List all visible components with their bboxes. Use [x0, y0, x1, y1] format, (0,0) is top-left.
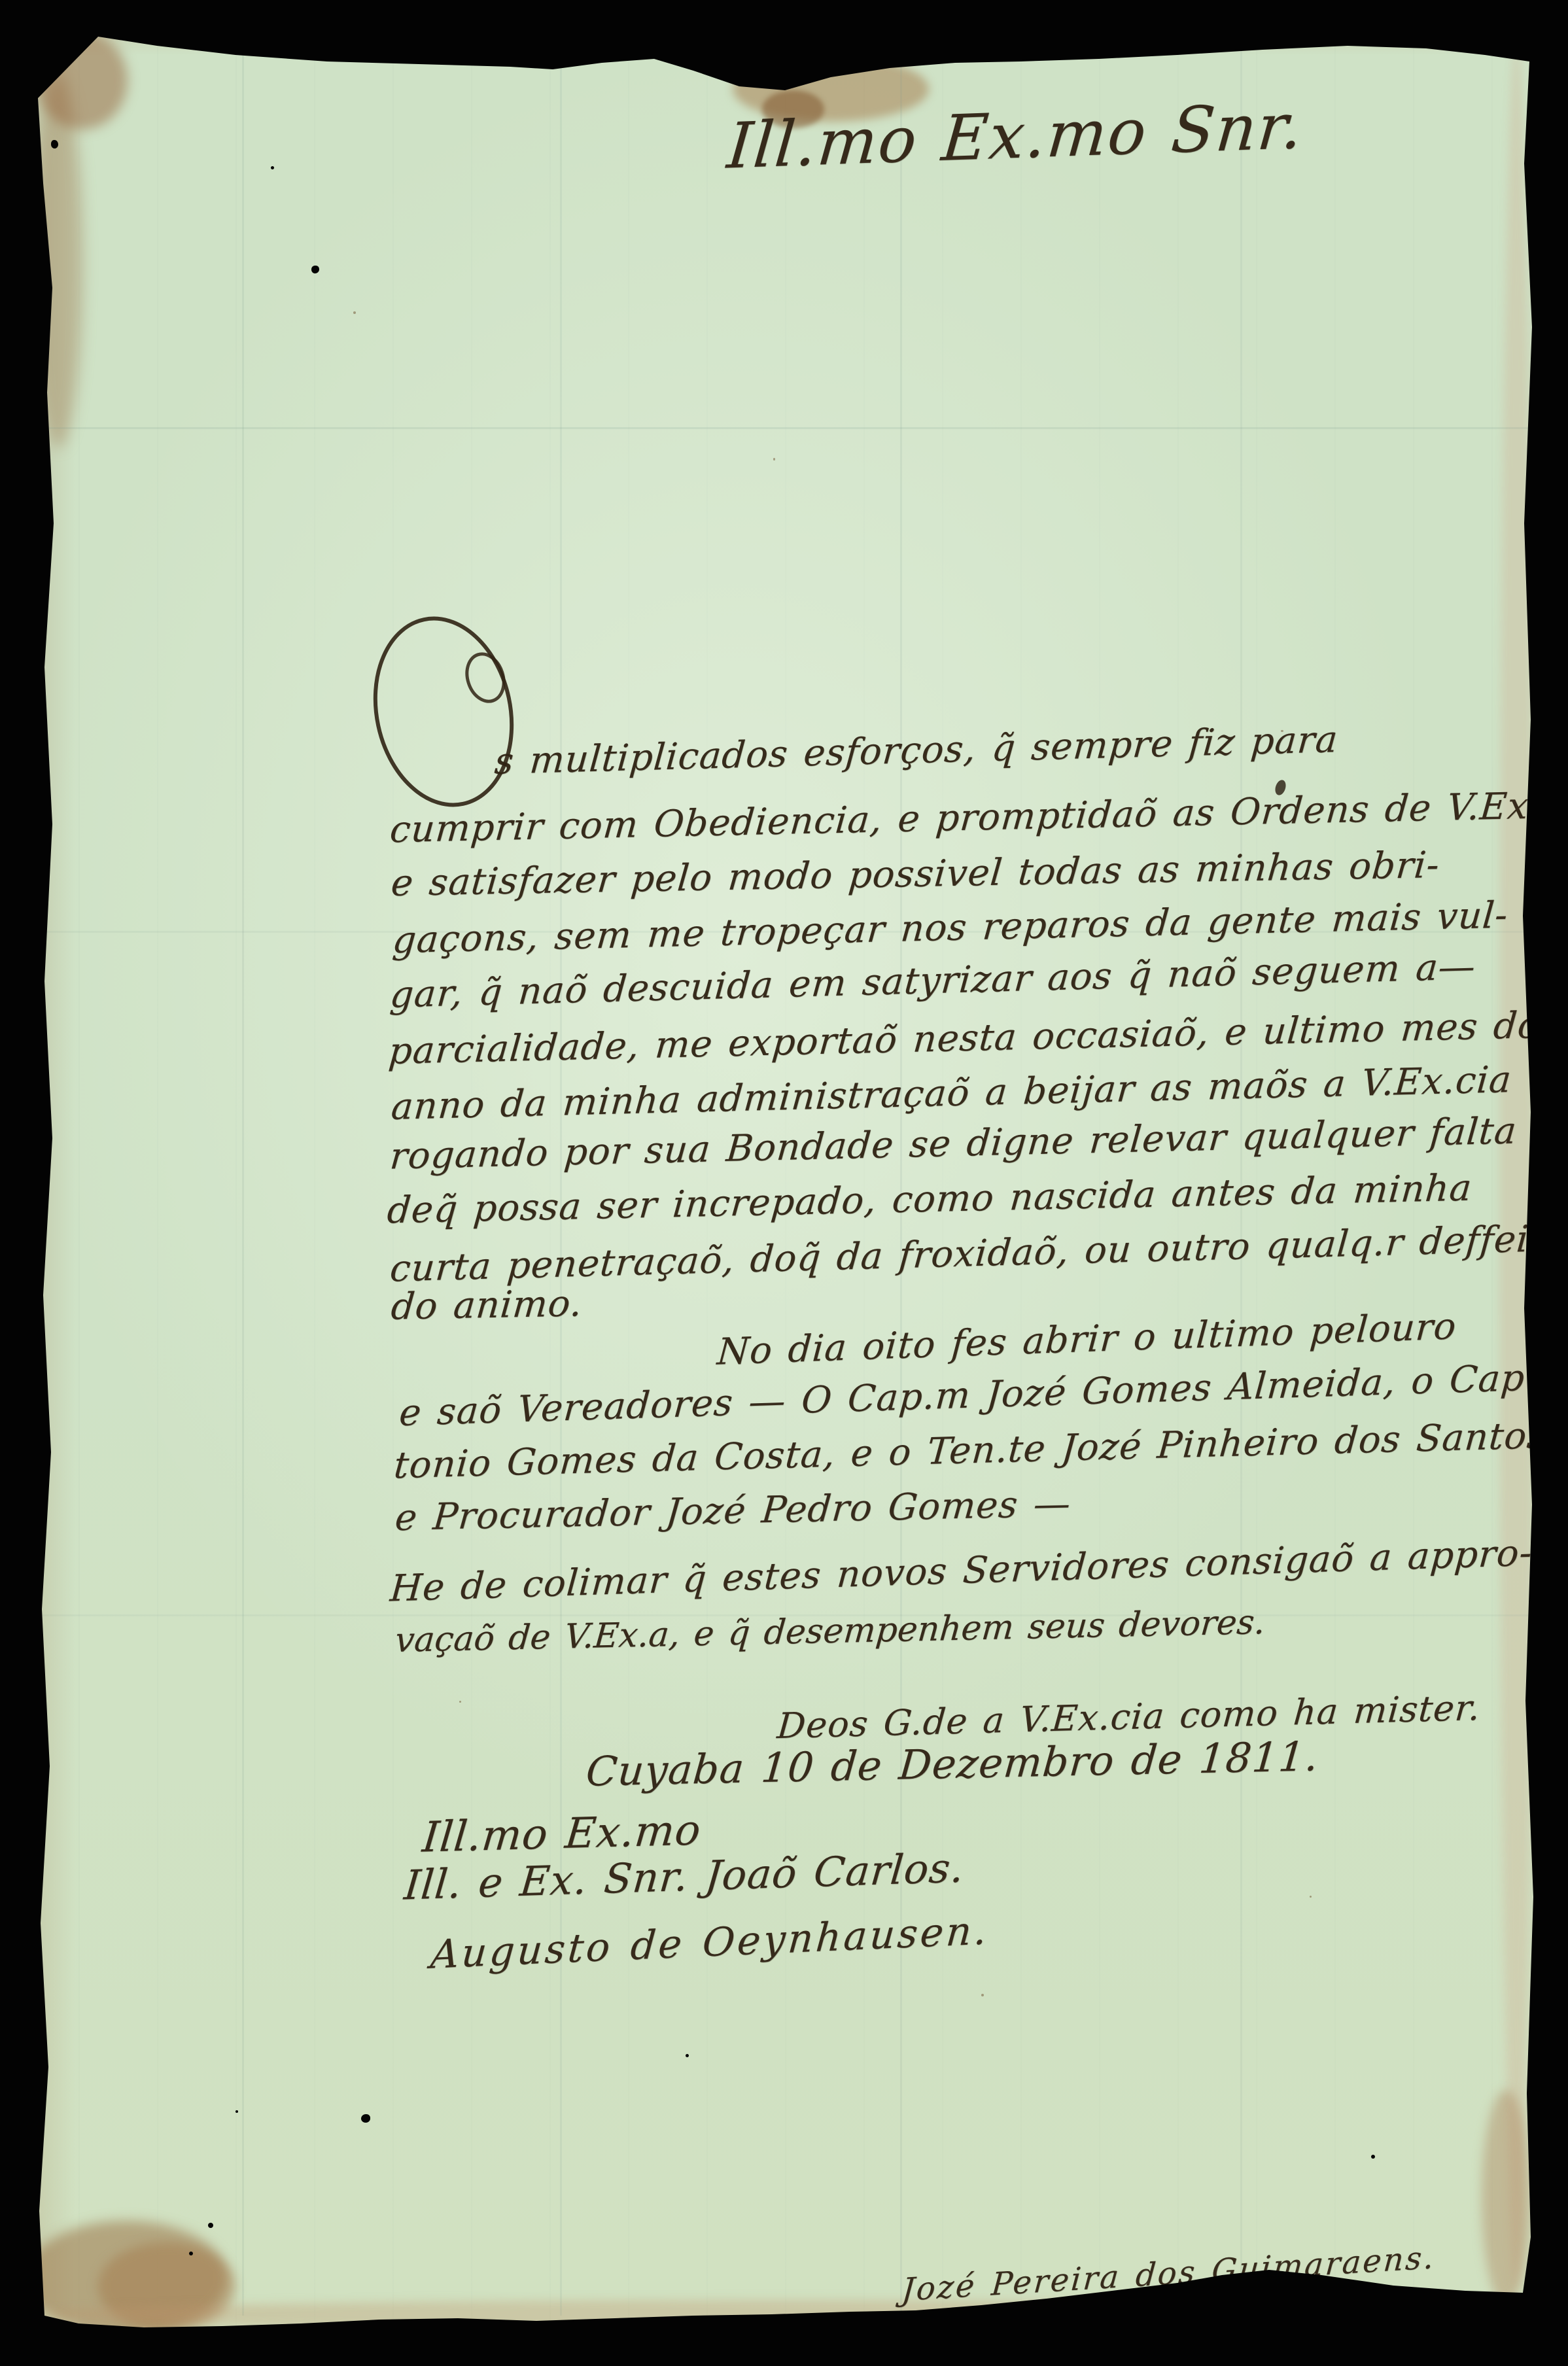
wormhole: [686, 2054, 689, 2057]
wormhole: [208, 2223, 213, 2228]
manuscript-line: curta penetraçaõ, doq̃ da froxidaõ, ou o…: [389, 1220, 1568, 1287]
signature: Jozé Pereira dos Guimaraens.: [901, 2242, 1437, 2306]
manuscript-line: No dia oito fes abrir o ultimo pelouro: [716, 1308, 1457, 1371]
dateline: Cuyaba 10 de Dezembro de 1811.: [585, 1736, 1321, 1792]
manuscript-line: e Procurador Jozé Pedro Gomes —: [394, 1486, 1073, 1537]
fold-crease-vertical-3: [900, 39, 902, 2316]
corner-toast-top-left: [36, 31, 128, 130]
manuscript-line: cumprir com Obediencia, e promptidaõ as …: [389, 787, 1568, 849]
stain-bottom-left: [25, 2221, 228, 2335]
manuscript-page: Ill.mo Ex.mo Snr. s multiplicados esforç…: [0, 0, 1568, 2366]
manuscript-line: parcialidade, me exportaõ nesta occasiaõ…: [387, 1007, 1542, 1070]
wormhole: [271, 166, 274, 169]
stain-bottom-left-2: [98, 2242, 235, 2331]
foxing-speck: [353, 311, 356, 314]
foxing-speck: [459, 1701, 461, 1703]
toast-right-edge: [1499, 39, 1533, 2289]
toast-bottom-band: [39, 2300, 1531, 2329]
manuscript-line: He de colimar q̃ estes novos Servidores …: [389, 1535, 1533, 1607]
wormhole: [235, 2110, 238, 2113]
foxing-speck: [981, 1994, 984, 1996]
salutation: Ill.mo Ex.mo Snr.: [725, 94, 1306, 177]
wormhole: [311, 266, 319, 273]
wormhole: [1371, 2155, 1375, 2159]
photo-background: Ill.mo Ex.mo Snr. s multiplicados esforç…: [0, 0, 1568, 2366]
manuscript-line: gar, q̃ naõ descuida em satyrizar aos q̃…: [389, 948, 1477, 1014]
foxing-speck: [773, 458, 775, 461]
fold-crease-horizontal-1: [38, 427, 1531, 429]
fold-crease-vertical-2: [560, 39, 562, 2316]
wormhole: [189, 2252, 193, 2255]
wormhole: [51, 140, 58, 148]
manuscript-line: e satisfazer pelo modo possivel todas as…: [390, 847, 1441, 902]
wormhole: [361, 2114, 370, 2123]
manuscript-line: do animo.: [390, 1285, 584, 1325]
fold-crease-vertical-1: [242, 39, 244, 2316]
manuscript-line: deq̃ possa ser increpado, como nascida a…: [386, 1170, 1474, 1230]
toast-bottom-right: [1482, 2090, 1531, 2306]
toast-left-band: [34, 75, 83, 448]
manuscript-line: s multiplicados esforços, q̃ sempre fiz …: [493, 722, 1340, 780]
address-line-1: Ill.mo Ex.mo: [421, 1809, 703, 1858]
foxing-speck: [1310, 1896, 1312, 1898]
manuscript-line: vaçaõ de V.Ex.a, e q̃ desempenhem seus d…: [394, 1605, 1266, 1658]
address-line-3: Augusto de Oeynhausen.: [429, 1911, 990, 1975]
